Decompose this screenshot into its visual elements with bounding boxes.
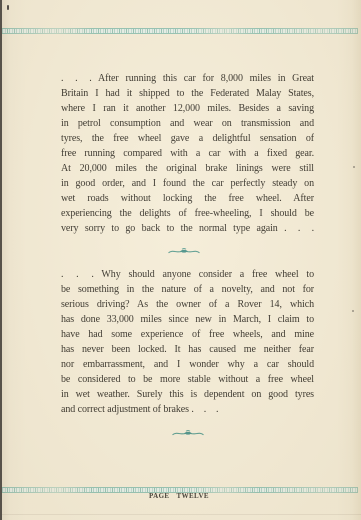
page-number-label: PAGE TWELVE [0, 492, 358, 500]
fleuron-divider-icon [171, 428, 205, 438]
scan-speck [7, 5, 9, 10]
text-line: has never been locked. It has caused me … [61, 342, 314, 357]
book-page: . . . After running this car for 8,000 m… [0, 0, 361, 520]
text-line: . . . After running this car for 8,000 m… [61, 71, 314, 86]
text-line: tyres, the free wheel gave a delightful … [61, 131, 314, 146]
text-line: experiencing the delights of free-wheeli… [61, 206, 314, 221]
greek-key-border-top [0, 28, 358, 34]
text-line: At 20,000 miles the original brake linin… [61, 161, 314, 176]
text-line: has done 33,000 miles since new in March… [61, 312, 314, 327]
page-spine-edge [0, 0, 2, 520]
text-line: and correct adjustment of brakes . . . [61, 402, 314, 417]
text-line: . . . Why should anyone consider a free … [61, 267, 314, 282]
text-line: Britain I had it shipped to the Federate… [61, 86, 314, 101]
text-line: very sorry to go back to the normal type… [61, 221, 314, 236]
text-line: where I ran it another 12,000 miles. Bes… [61, 101, 314, 116]
text-line: in wet weather. Surely this is dependent… [61, 387, 314, 402]
text-line: nor embarrassment, and I wonder why a ca… [61, 357, 314, 372]
text-line: wet roads without locking the free wheel… [61, 191, 314, 206]
text-line: serious driving? As the owner of a Rover… [61, 297, 314, 312]
scan-speck [352, 310, 354, 312]
text-line: free running compared with a car with a … [61, 146, 314, 161]
scan-speck [353, 166, 355, 168]
paragraph-free-wheel-malay: . . . After running this car for 8,000 m… [61, 71, 314, 236]
text-line: be considered to be more stable without … [61, 372, 314, 387]
text-line: be something in the nature of a novelty,… [61, 282, 314, 297]
text-line: have had some experience of free wheels,… [61, 327, 314, 342]
fleuron-divider-icon [167, 246, 201, 256]
text-line: in petrol consumption and wear on transm… [61, 116, 314, 131]
text-line: in good order, and I found the car perfe… [61, 176, 314, 191]
paragraph-free-wheel-rover: . . . Why should anyone consider a free … [61, 267, 314, 417]
scan-crease [0, 514, 361, 515]
